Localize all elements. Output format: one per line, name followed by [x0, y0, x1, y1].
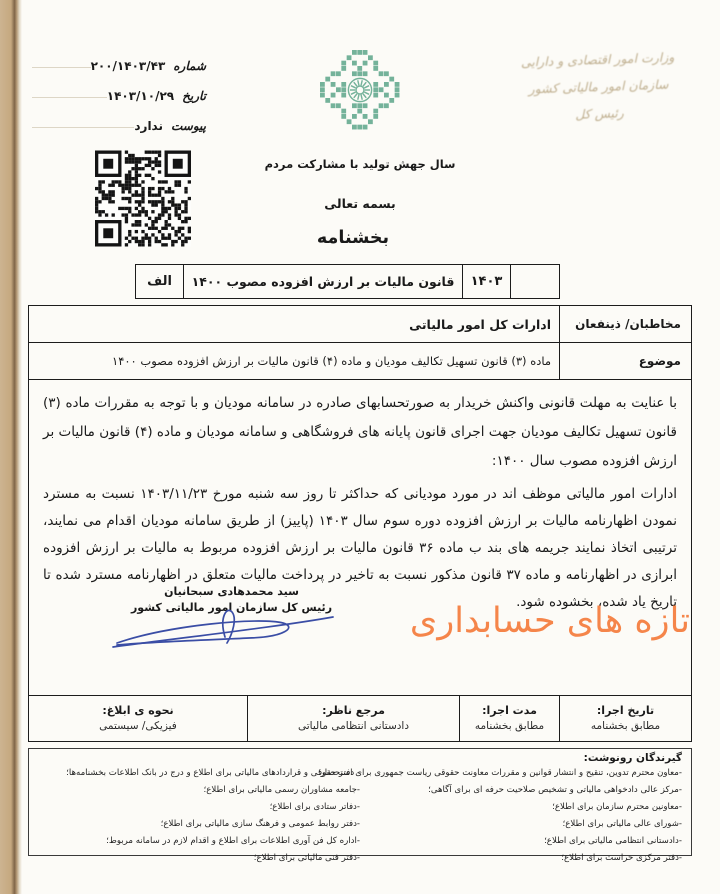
handwritten-signature-icon	[107, 597, 337, 659]
supervisory-authority-label: مرجع ناظر:	[322, 704, 385, 717]
scanned-circular-document: شماره ۲۰۰/۱۴۰۳/۴۳ تاریخ ۱۴۰۳/۱۰/۲۹ پیوست…	[0, 0, 720, 894]
list-item: - دفتر حقوقی و قراردادهای مالیاتی برای ا…	[38, 765, 360, 782]
list-item: -معاونین محترم سازمان برای اطلاع؛	[360, 799, 682, 816]
list-item: -معاون محترم تدوین، تنقیح و انتشار قوانی…	[360, 765, 682, 782]
audience-label: مخاطبان/ ذینفعان	[559, 306, 691, 342]
circular-body: با عنایت به مهلت قانونی واکنش خریدار به …	[28, 378, 692, 695]
meta-rule	[32, 67, 91, 68]
classification-cell-year: ۱۴۰۳	[462, 265, 510, 298]
list-item: -اداره کل فن آوری اطلاعات برای اطلاع و ا…	[38, 833, 360, 850]
classification-table: ۱۴۰۳ قانون مالیات بر ارزش افزوده مصوب ۱۴…	[135, 264, 560, 299]
basmala-text: بسمه تعالی	[0, 196, 720, 211]
table-row-audience: مخاطبان/ ذینفعان ادارات کل امور مالیاتی	[29, 306, 691, 342]
meta-rule	[32, 127, 134, 128]
meta-rule	[32, 97, 107, 98]
execution-duration-label: مدت اجرا:	[482, 704, 537, 717]
number-value: ۲۰۰/۱۴۰۳/۴۳	[91, 59, 166, 73]
classification-cell-empty	[510, 265, 559, 298]
cc-columns: -معاون محترم تدوین، تنقیح و انتشار قوانی…	[38, 765, 682, 867]
document-type-title: بخشنامه	[0, 228, 706, 248]
meta-row-attachment: پیوست ندارد	[30, 112, 208, 133]
supervisory-authority-value: دادستانی انتظامی مالیاتی	[298, 720, 409, 732]
execution-date-label: تاریخ اجرا:	[597, 704, 654, 717]
tax-organization-emblem-icon	[318, 50, 402, 130]
execution-date-value: مطابق بخشنامه	[591, 720, 660, 732]
list-item: -دادستانی انتظامی مالیاتی برای اطلاع؛	[360, 833, 682, 850]
attachment-label: پیوست	[171, 119, 208, 133]
cc-column-right: -معاون محترم تدوین، تنقیح و انتشار قوانی…	[360, 765, 682, 867]
cell-execution-duration: مدت اجرا: مطابق بخشنامه	[459, 696, 559, 741]
addressee-subject-table: مخاطبان/ ذینفعان ادارات کل امور مالیاتی …	[28, 305, 692, 380]
cell-notification-method: نحوه ی ابلاغ: فیزیکی/ سیستمی	[29, 696, 247, 741]
list-item: -دفاتر ستادی برای اطلاع؛	[38, 799, 360, 816]
cc-title: گیرندگان رونوشت:	[38, 752, 682, 764]
year-slogan: سال جهش تولید با مشارکت مردم	[0, 157, 720, 171]
cc-recipients-box: گیرندگان رونوشت: -معاون محترم تدوین، تنق…	[28, 748, 692, 856]
list-item: -دفتر فنی مالیاتی برای اطلاع؛	[38, 850, 360, 867]
execution-duration-value: مطابق بخشنامه	[475, 720, 544, 732]
number-label: شماره	[173, 59, 208, 73]
date-value: ۱۴۰۳/۱۰/۲۹	[107, 89, 174, 103]
meta-row-number: شماره ۲۰۰/۱۴۰۳/۴۳	[30, 52, 208, 73]
execution-info-table: تاریخ اجرا: مطابق بخشنامه مدت اجرا: مطاب…	[28, 695, 692, 742]
list-item: -جامعه مشاوران رسمی مالیاتی برای اطلاع؛	[38, 782, 360, 799]
cell-supervisory-authority: مرجع ناظر: دادستانی انتظامی مالیاتی	[247, 696, 459, 741]
watermark-text: تازه های حسابداری	[410, 601, 690, 641]
audience-value: ادارات کل امور مالیاتی	[29, 306, 559, 342]
body-paragraph-1: با عنایت به مهلت قانونی واکنش خریدار به …	[43, 389, 677, 476]
list-item: -دفتر روابط عمومی و فرهنگ سازی مالیاتی ب…	[38, 816, 360, 833]
document-meta-block: شماره ۲۰۰/۱۴۰۳/۴۳ تاریخ ۱۴۰۳/۱۰/۲۹ پیوست…	[30, 52, 208, 142]
subject-value: ماده (۳) قانون تسهیل تکالیف مودیان و ماد…	[29, 343, 559, 379]
notification-method-label: نحوه ی ابلاغ:	[102, 704, 173, 717]
notification-method-value: فیزیکی/ سیستمی	[99, 720, 177, 732]
subject-label: موضوع	[559, 343, 691, 379]
ministry-letterhead: وزارت امور اقتصادی و دارایی سازمان امور …	[490, 42, 708, 130]
list-item: -دفتر مرکزی حراست برای اطلاع؛	[360, 850, 682, 867]
cc-column-left: - دفتر حقوقی و قراردادهای مالیاتی برای ا…	[38, 765, 360, 867]
cell-execution-date: تاریخ اجرا: مطابق بخشنامه	[559, 696, 691, 741]
classification-cell-alef: الف	[136, 265, 183, 298]
list-item: -شورای عالی مالیاتی برای اطلاع؛	[360, 816, 682, 833]
attachment-value: ندارد	[134, 119, 163, 133]
list-item: -مرکز عالی دادخواهی مالیاتی و تشخیص صلاح…	[360, 782, 682, 799]
meta-row-date: تاریخ ۱۴۰۳/۱۰/۲۹	[30, 82, 208, 103]
date-label: تاریخ	[182, 89, 208, 103]
table-row-subject: موضوع ماده (۳) قانون تسهیل تکالیف مودیان…	[29, 342, 691, 379]
scan-edge-shadow	[0, 0, 22, 894]
classification-cell-law: قانون مالیات بر ارزش افزوده مصوب ۱۴۰۰	[183, 265, 462, 298]
